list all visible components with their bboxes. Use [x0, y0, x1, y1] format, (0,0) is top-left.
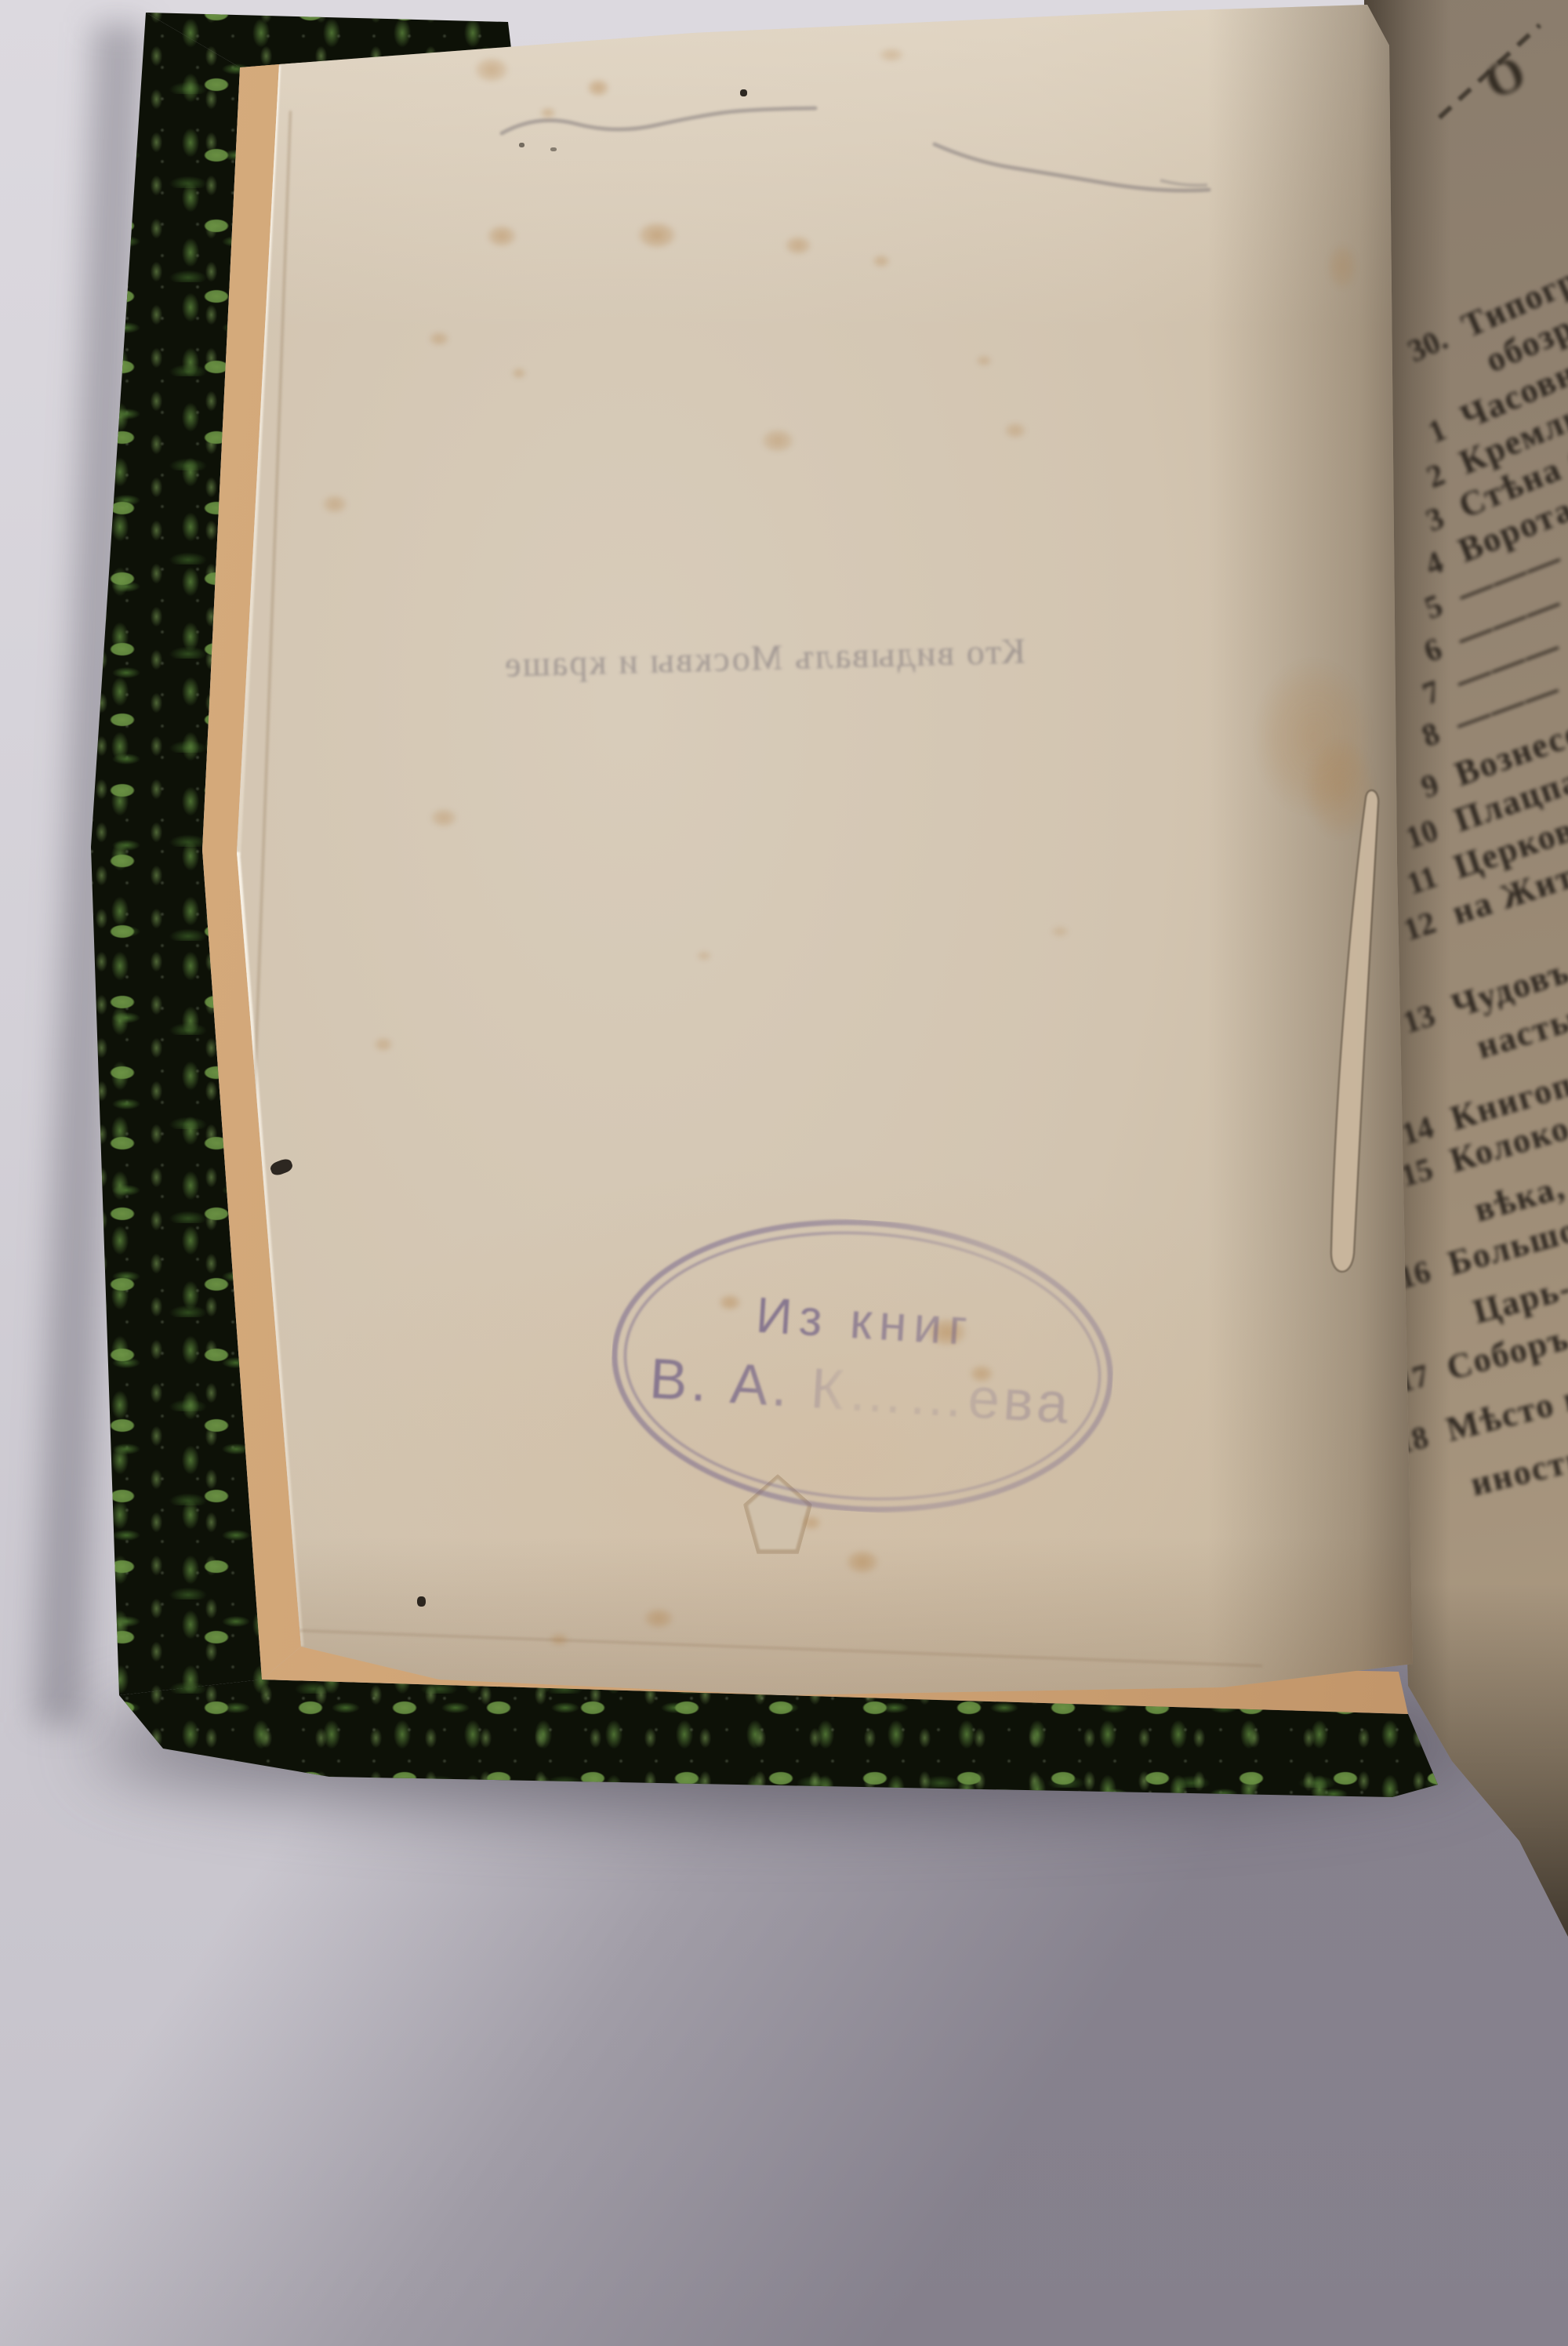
foxing-spot [428, 331, 450, 347]
foxing-spot [801, 1515, 822, 1531]
foxing-spot [549, 1632, 569, 1647]
toc-item-number [1396, 1073, 1436, 1085]
foxing-spot [1004, 422, 1027, 439]
foxing-spot [321, 494, 348, 514]
contents-rule-line [1411, 8, 1568, 149]
foxing-spot [430, 808, 458, 828]
foxing-spot [975, 354, 993, 367]
foxing-spot [878, 47, 905, 63]
foxing-spot [373, 1037, 394, 1052]
foxing-spot [1051, 925, 1069, 938]
foxing-spot [760, 428, 795, 453]
foxing-spot [872, 254, 891, 268]
foxing-spot [784, 235, 812, 256]
ex-libris-stamp: Из книг В. А. К……ева [603, 1205, 1122, 1527]
debris-speck [417, 1596, 426, 1607]
photo-antique-book: О 30.Типогра…обозрѣн. Г…1Часовня …2Кремл… [0, 0, 1568, 2346]
foxing-spot [486, 224, 517, 248]
foxing-spot [539, 107, 557, 119]
pencil-dot-2 [550, 147, 557, 151]
foxing-spot [643, 1607, 674, 1629]
foxing-spot [845, 1549, 880, 1574]
foxing-spot [637, 221, 677, 249]
gutter-paper-sliver [1317, 784, 1388, 1302]
foxing-spot [474, 56, 510, 83]
foxing-spot [1327, 243, 1358, 290]
ink-speck [740, 89, 747, 96]
foxing-spot [586, 78, 610, 97]
foxing-spot [696, 950, 712, 961]
pencil-dot [519, 143, 524, 147]
foxing-spot [511, 367, 527, 379]
